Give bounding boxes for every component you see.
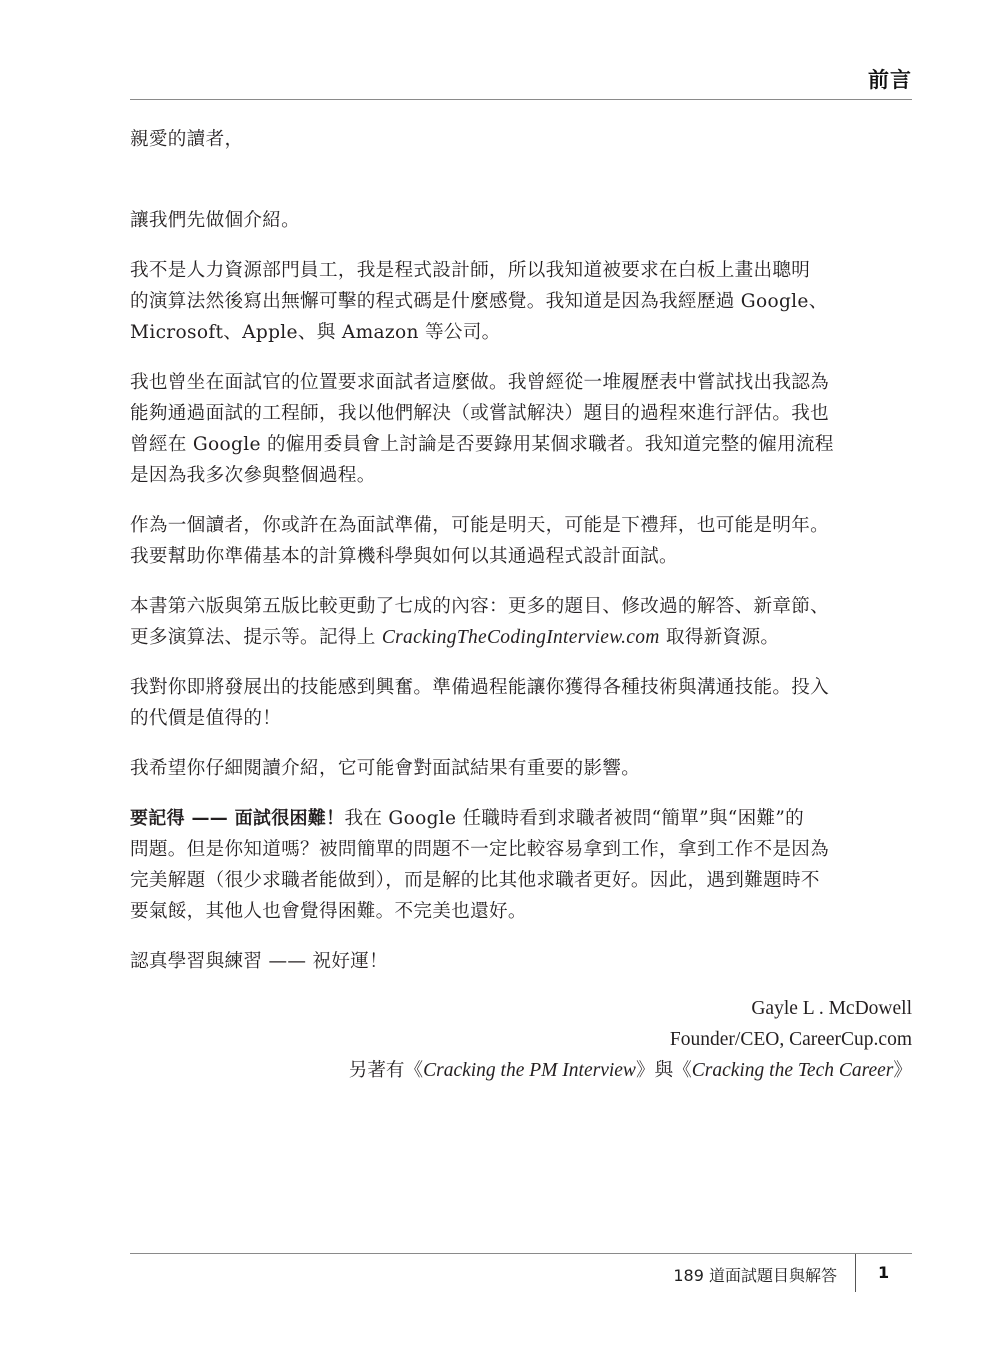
paragraph-closing: 認真學習與練習 —— 祝好運！ [130, 946, 920, 977]
text-line: 認真學習與練習 —— 祝好運！ [130, 946, 920, 977]
text-line: 要氣餒，其他人也會覺得困難。不完美也還好。 [130, 896, 920, 927]
paragraph-hard: 要記得 —— 面試很困難！我在 Google 任職時看到求職者被問“簡單”與“困… [130, 803, 920, 927]
text-line: 更多演算法、提示等。記得上 CrackingTheCodingInterview… [130, 622, 920, 653]
text-line: 我希望你仔細閱讀介紹，它可能會對面試結果有重要的影響。 [130, 753, 920, 784]
text-line: 曾經在 Google 的僱用委員會上討論是否要錄用某個求職者。我知道完整的僱用流… [130, 429, 920, 460]
text-segment: 更多演算法、提示等。記得上 [130, 627, 382, 648]
signature-block: Gayle L . McDowell Founder/CEO, CareerCu… [349, 993, 912, 1086]
paragraph-interviewer: 我也曾坐在面試官的位置要求面試者這麼做。我曾經從一堆履歷表中嘗試找出我認為 能夠… [130, 367, 920, 491]
footer-rule [130, 1253, 912, 1254]
letter-body: 親愛的讀者， 讓我們先做個介紹。 我不是人力資源部門員工，我是程式設計師，所以我… [130, 124, 920, 996]
page-number: 1 [878, 1263, 889, 1282]
page-header-title: 前言 [868, 64, 912, 94]
header-rule [130, 99, 912, 100]
paragraph-background: 我不是人力資源部門員工，我是程式設計師，所以我知道被要求在白板上畫出聰明 的演算… [130, 255, 920, 348]
text-segment: 另著有《 [349, 1060, 423, 1081]
text-line: 的代價是值得的！ [130, 703, 920, 734]
text-line: 完美解題（很少求職者能做到），而是解的比其他求職者更好。因此，遇到難題時不 [130, 865, 920, 896]
author-name: Gayle L . McDowell [349, 993, 912, 1024]
text-line: 是因為我多次參與整個過程。 [130, 460, 920, 491]
author-role: Founder/CEO, CareerCup.com [349, 1024, 912, 1055]
other-books: 另著有《Cracking the PM Interview》與《Cracking… [349, 1055, 912, 1086]
text-line: 讓我們先做個介紹。 [130, 205, 920, 236]
text-line: 作為一個讀者，你或許在為面試準備，可能是明天，可能是下禮拜，也可能是明年。 [130, 510, 920, 541]
text-segment: 》 [893, 1060, 912, 1081]
text-line: 我對你即將發展出的技能感到興奮。準備過程能讓你獲得各種技術與溝通技能。投入 [130, 672, 920, 703]
greeting: 親愛的讀者， [130, 124, 920, 155]
footer-book-title: 189 道面試題目與解答 [673, 1263, 837, 1286]
paragraph-read-intro: 我希望你仔細閱讀介紹，它可能會對面試結果有重要的影響。 [130, 753, 920, 784]
text-line: 問題。但是你知道嗎？被問簡單的問題不一定比較容易拿到工作，拿到工作不是因為 [130, 834, 920, 865]
text-line: 要記得 —— 面試很困難！我在 Google 任職時看到求職者被問“簡單”與“困… [130, 803, 920, 834]
book-title-pm: Cracking the PM Interview [423, 1060, 636, 1081]
website-link[interactable]: CrackingTheCodingInterview.com [382, 627, 660, 648]
paragraph-skills: 我對你即將發展出的技能感到興奮。準備過程能讓你獲得各種技術與溝通技能。投入 的代… [130, 672, 920, 734]
footer-divider [855, 1254, 856, 1292]
paragraph-intro: 讓我們先做個介紹。 [130, 205, 920, 236]
text-line: 我也曾坐在面試官的位置要求面試者這麼做。我曾經從一堆履歷表中嘗試找出我認為 [130, 367, 920, 398]
paragraph-edition: 本書第六版與第五版比較更動了七成的內容：更多的題目、修改過的解答、新章節、 更多… [130, 591, 920, 653]
text-segment: 我在 Google 任職時看到求職者被問“簡單”與“困難”的 [344, 808, 804, 829]
text-line: 的演算法然後寫出無懈可擊的程式碼是什麼感覺。我知道是因為我經歷過 Google、 [130, 286, 920, 317]
text-line: 本書第六版與第五版比較更動了七成的內容：更多的題目、修改過的解答、新章節、 [130, 591, 920, 622]
bold-lead-text: 要記得 —— 面試很困難！ [130, 808, 344, 829]
text-line: 能夠通過面試的工程師，我以他們解決（或嘗試解決）題目的過程來進行評估。我也 [130, 398, 920, 429]
text-segment: 》與《 [636, 1060, 692, 1081]
paragraph-reader: 作為一個讀者，你或許在為面試準備，可能是明天，可能是下禮拜，也可能是明年。 我要… [130, 510, 920, 572]
book-title-tech-career: Cracking the Tech Career [692, 1060, 894, 1081]
text-line: 我要幫助你準備基本的計算機科學與如何以其通過程式設計面試。 [130, 541, 920, 572]
text-line: 我不是人力資源部門員工，我是程式設計師，所以我知道被要求在白板上畫出聰明 [130, 255, 920, 286]
text-line: Microsoft、Apple、與 Amazon 等公司。 [130, 317, 920, 348]
text-segment: 取得新資源。 [660, 627, 780, 648]
